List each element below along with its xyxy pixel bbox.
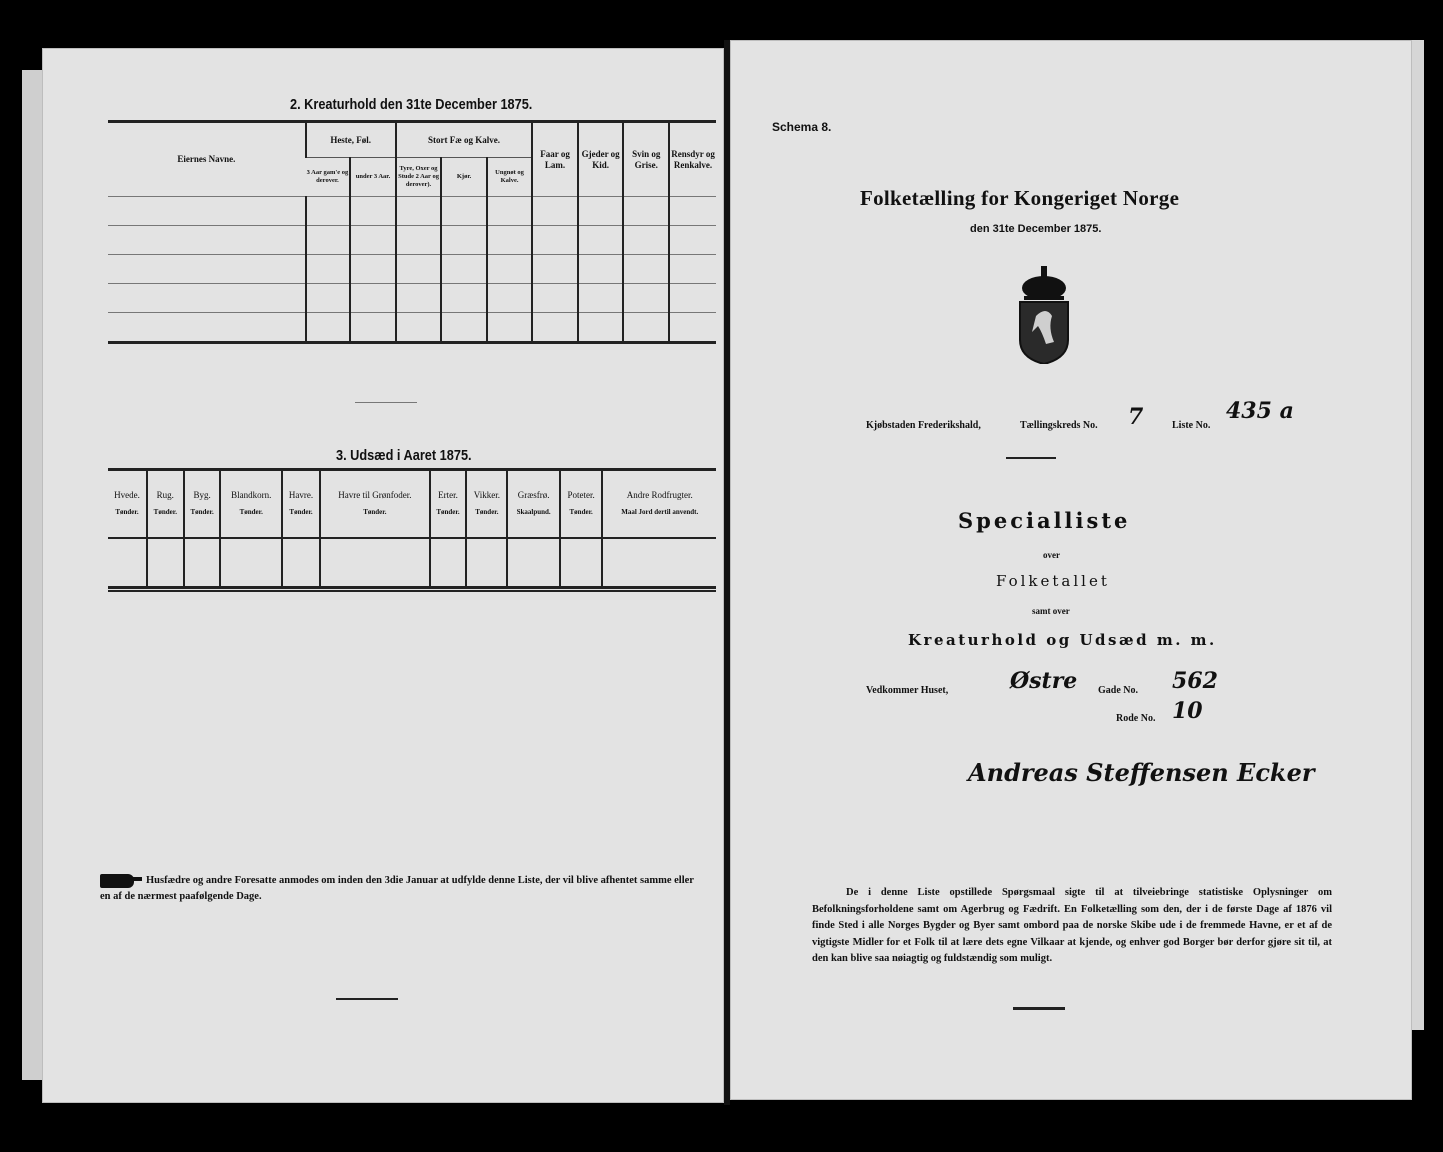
col-vetch: Vikker.Tønder.	[466, 470, 507, 539]
house-label: Vedkommer Huset,	[866, 685, 948, 696]
col-owner-names: Eiernes Navne.	[108, 122, 306, 197]
norwegian-coat-of-arms-icon	[1016, 266, 1072, 364]
book-fold	[724, 40, 730, 1105]
col-cows: Kjør.	[441, 158, 486, 197]
col-peas: Erter.Tønder.	[430, 470, 467, 539]
rode-label: Rode No.	[1116, 713, 1155, 724]
list-label: Liste No.	[1172, 420, 1210, 431]
over-label: over	[1043, 550, 1060, 560]
rode-value: 10	[1172, 698, 1203, 724]
col-sheep: Faar og Lam.	[532, 122, 578, 197]
explanatory-paragraph: De i denne Liste opstillede Spørgsmaal s…	[812, 885, 1332, 968]
divider	[355, 402, 417, 403]
col-other-roots: Andre Rodfrugter.Maal Jord dertil anvend…	[602, 470, 716, 539]
folketallet-label: Folketallet	[996, 572, 1110, 590]
col-mixed-grain: Blandkorn.Tønder.	[220, 470, 281, 539]
col-bulls-oxen: Tyre, Oxer og Stude 2 Aar og derover).	[396, 158, 442, 197]
col-young-cattle: Ungnøt og Kalve.	[487, 158, 533, 197]
table-row	[108, 197, 716, 226]
census-title: Folketælling for Kongeriget Norge	[860, 186, 1179, 211]
col-grass-seed: Græsfrø.Skaalpund.	[507, 470, 559, 539]
schema-label: Schema 8.	[772, 120, 831, 134]
street-label: Gade No.	[1098, 685, 1138, 696]
samt-over-label: samt over	[1032, 606, 1070, 616]
table-row	[108, 284, 716, 313]
table-row	[108, 313, 716, 343]
table-row	[108, 226, 716, 255]
table-row	[108, 255, 716, 284]
page-edge-right	[1410, 40, 1424, 1030]
section3-title: 3. Udsæd i Aaret 1875.	[336, 447, 472, 464]
col-oats-fodder: Havre til Grønfoder.Tønder.	[320, 470, 429, 539]
col-wheat: Hvede.Tønder.	[108, 470, 147, 539]
livestock-table: Eiernes Navne. Heste, Føl. Stort Fæ og K…	[108, 120, 716, 344]
divider	[1013, 1007, 1065, 1010]
col-pigs: Svin og Grise.	[623, 122, 669, 197]
col-barley: Byg.Tønder.	[184, 470, 221, 539]
section2-title: 2. Kreaturhold den 31te December 1875.	[290, 96, 532, 113]
district-label: Tællingskreds No.	[1020, 420, 1098, 431]
specialliste-heading: Specialliste	[958, 508, 1130, 533]
col-oats: Havre.Tønder.	[282, 470, 320, 539]
notice-text: Husfædre og andre Foresatte anmodes om i…	[100, 875, 694, 902]
signature: Andreas Steffensen Ecker	[968, 758, 1314, 787]
table-row	[108, 538, 716, 588]
col-potatoes: Poteter.Tønder.	[560, 470, 603, 539]
pointing-hand-icon	[100, 874, 134, 888]
page-edge-left	[22, 70, 44, 1080]
col-reindeer: Rensdyr og Renkalve.	[669, 122, 716, 197]
notice: Husfædre og andre Foresatte anmodes om i…	[100, 873, 700, 905]
col-goats: Gjeder og Kid.	[578, 122, 624, 197]
seed-table: Hvede.Tønder. Rug.Tønder. Byg.Tønder. Bl…	[108, 468, 716, 589]
divider	[1006, 457, 1056, 459]
group-horses: Heste, Føl.	[306, 122, 396, 158]
col-rye: Rug.Tønder.	[147, 470, 184, 539]
divider	[336, 998, 398, 1000]
census-date: den 31te December 1875.	[970, 223, 1101, 235]
col-horses-3yr-plus: 3 Aar gam'e og derover.	[306, 158, 351, 197]
rule	[108, 590, 716, 592]
col-horses-under-3: under 3 Aar.	[350, 158, 395, 197]
district-value: 7	[1128, 404, 1143, 430]
subtitle: Kreaturhold og Udsæd m. m.	[908, 631, 1217, 649]
group-cattle: Stort Fæ og Kalve.	[396, 122, 533, 158]
street-value: 562	[1172, 668, 1218, 694]
list-value: 435 a	[1226, 398, 1294, 424]
town-label: Kjøbstaden Frederikshald,	[866, 420, 981, 431]
house-value: Østre	[1010, 668, 1077, 694]
